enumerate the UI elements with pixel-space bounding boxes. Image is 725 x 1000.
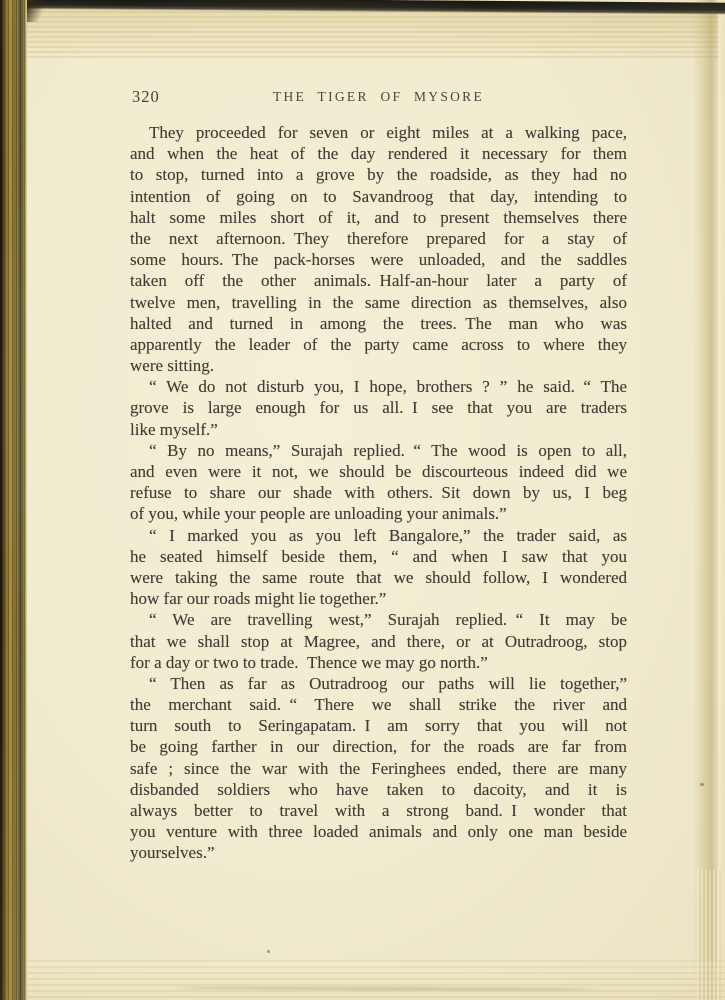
text-line: you venture with three loaded animals an… [130, 821, 627, 842]
paragraph: “ By no means,” Surajah replied. “ The w… [130, 440, 627, 525]
text-line: “ Then as far as Outradroog our paths wi… [130, 673, 627, 694]
text-line: some hours. The pack-horses were unloade… [130, 249, 627, 270]
text-line: to stop, turned into a grove by the road… [130, 164, 627, 185]
text-line: for a day or two to trade. Thence we may… [130, 652, 627, 673]
paper-speck [267, 950, 270, 953]
book-page-scan: 320 THE TIGER OF MYSORE They proceeded f… [0, 0, 725, 1000]
text-line: that we shall stop at Magree, and there,… [130, 631, 627, 652]
book-binding-edge [0, 0, 27, 1000]
bottom-page-edges [27, 960, 725, 1000]
text-line: “ By no means,” Surajah replied. “ The w… [130, 440, 627, 461]
text-line: and even were it not, we should be disco… [130, 461, 627, 482]
paragraph: “ I marked you as you left Bangalore,” t… [130, 525, 627, 610]
text-line: were taking the same route that we shoul… [130, 567, 627, 588]
text-line: disbanded soldiers who have taken to dac… [130, 779, 627, 800]
bottom-right-page-edges [697, 870, 721, 1000]
body-text: They proceeded for seven or eight miles … [130, 122, 627, 864]
text-line: were sitting. [130, 355, 627, 376]
text-line: intention of going on to Savandroog that… [130, 186, 627, 207]
text-line: turn south to Seringapatam. I am sorry t… [130, 715, 627, 736]
text-line: the merchant said. “ There we shall stri… [130, 694, 627, 715]
paragraph: “ We are travelling west,” Surajah repli… [130, 609, 627, 673]
text-line: he seated himself beside them, “ and whe… [130, 546, 627, 567]
text-line: halt some miles short of it, and to pres… [130, 207, 627, 228]
text-line: “ I marked you as you left Bangalore,” t… [130, 525, 627, 546]
paragraph: “ Then as far as Outradroog our paths wi… [130, 673, 627, 864]
text-line: of you, while your people are unloading … [130, 503, 627, 524]
text-line: yourselves.” [130, 842, 627, 863]
text-line: apparently the leader of the party came … [130, 334, 627, 355]
text-line: “ We do not disturb you, I hope, brother… [130, 376, 627, 397]
text-line: “ We are travelling west,” Surajah repli… [130, 609, 627, 630]
text-line: taken off the other animals. Half-an-hou… [130, 270, 627, 291]
printed-page-content: 320 THE TIGER OF MYSORE They proceeded f… [130, 87, 627, 864]
running-head: 320 THE TIGER OF MYSORE [130, 87, 627, 103]
text-line: how far our roads might lie together.” [130, 588, 627, 609]
text-line: safe ; since the war with the Feringhees… [130, 758, 627, 779]
text-line: refuse to share our shade with others. S… [130, 482, 627, 503]
text-line: always better to travel with a strong ba… [130, 800, 627, 821]
paper-speck [700, 783, 704, 786]
text-line: twelve men, travelling in the same direc… [130, 292, 627, 313]
text-line: be going farther in our direction, for t… [130, 736, 627, 757]
paragraph: “ We do not disturb you, I hope, brother… [130, 376, 627, 440]
text-line: halted and turned in among the trees. Th… [130, 313, 627, 334]
text-line: grove is large enough for us all. I see … [130, 397, 627, 418]
text-line: the next afternoon. They therefore prepa… [130, 228, 627, 249]
paragraph: They proceeded for seven or eight miles … [130, 122, 627, 376]
right-outer-edge [718, 0, 725, 1000]
text-line: like myself.” [130, 419, 627, 440]
right-page-curl-shading [693, 0, 719, 1000]
text-line: and when the heat of the day rendered it… [130, 143, 627, 164]
running-title: THE TIGER OF MYSORE [130, 89, 627, 105]
text-line: They proceeded for seven or eight miles … [130, 122, 627, 143]
